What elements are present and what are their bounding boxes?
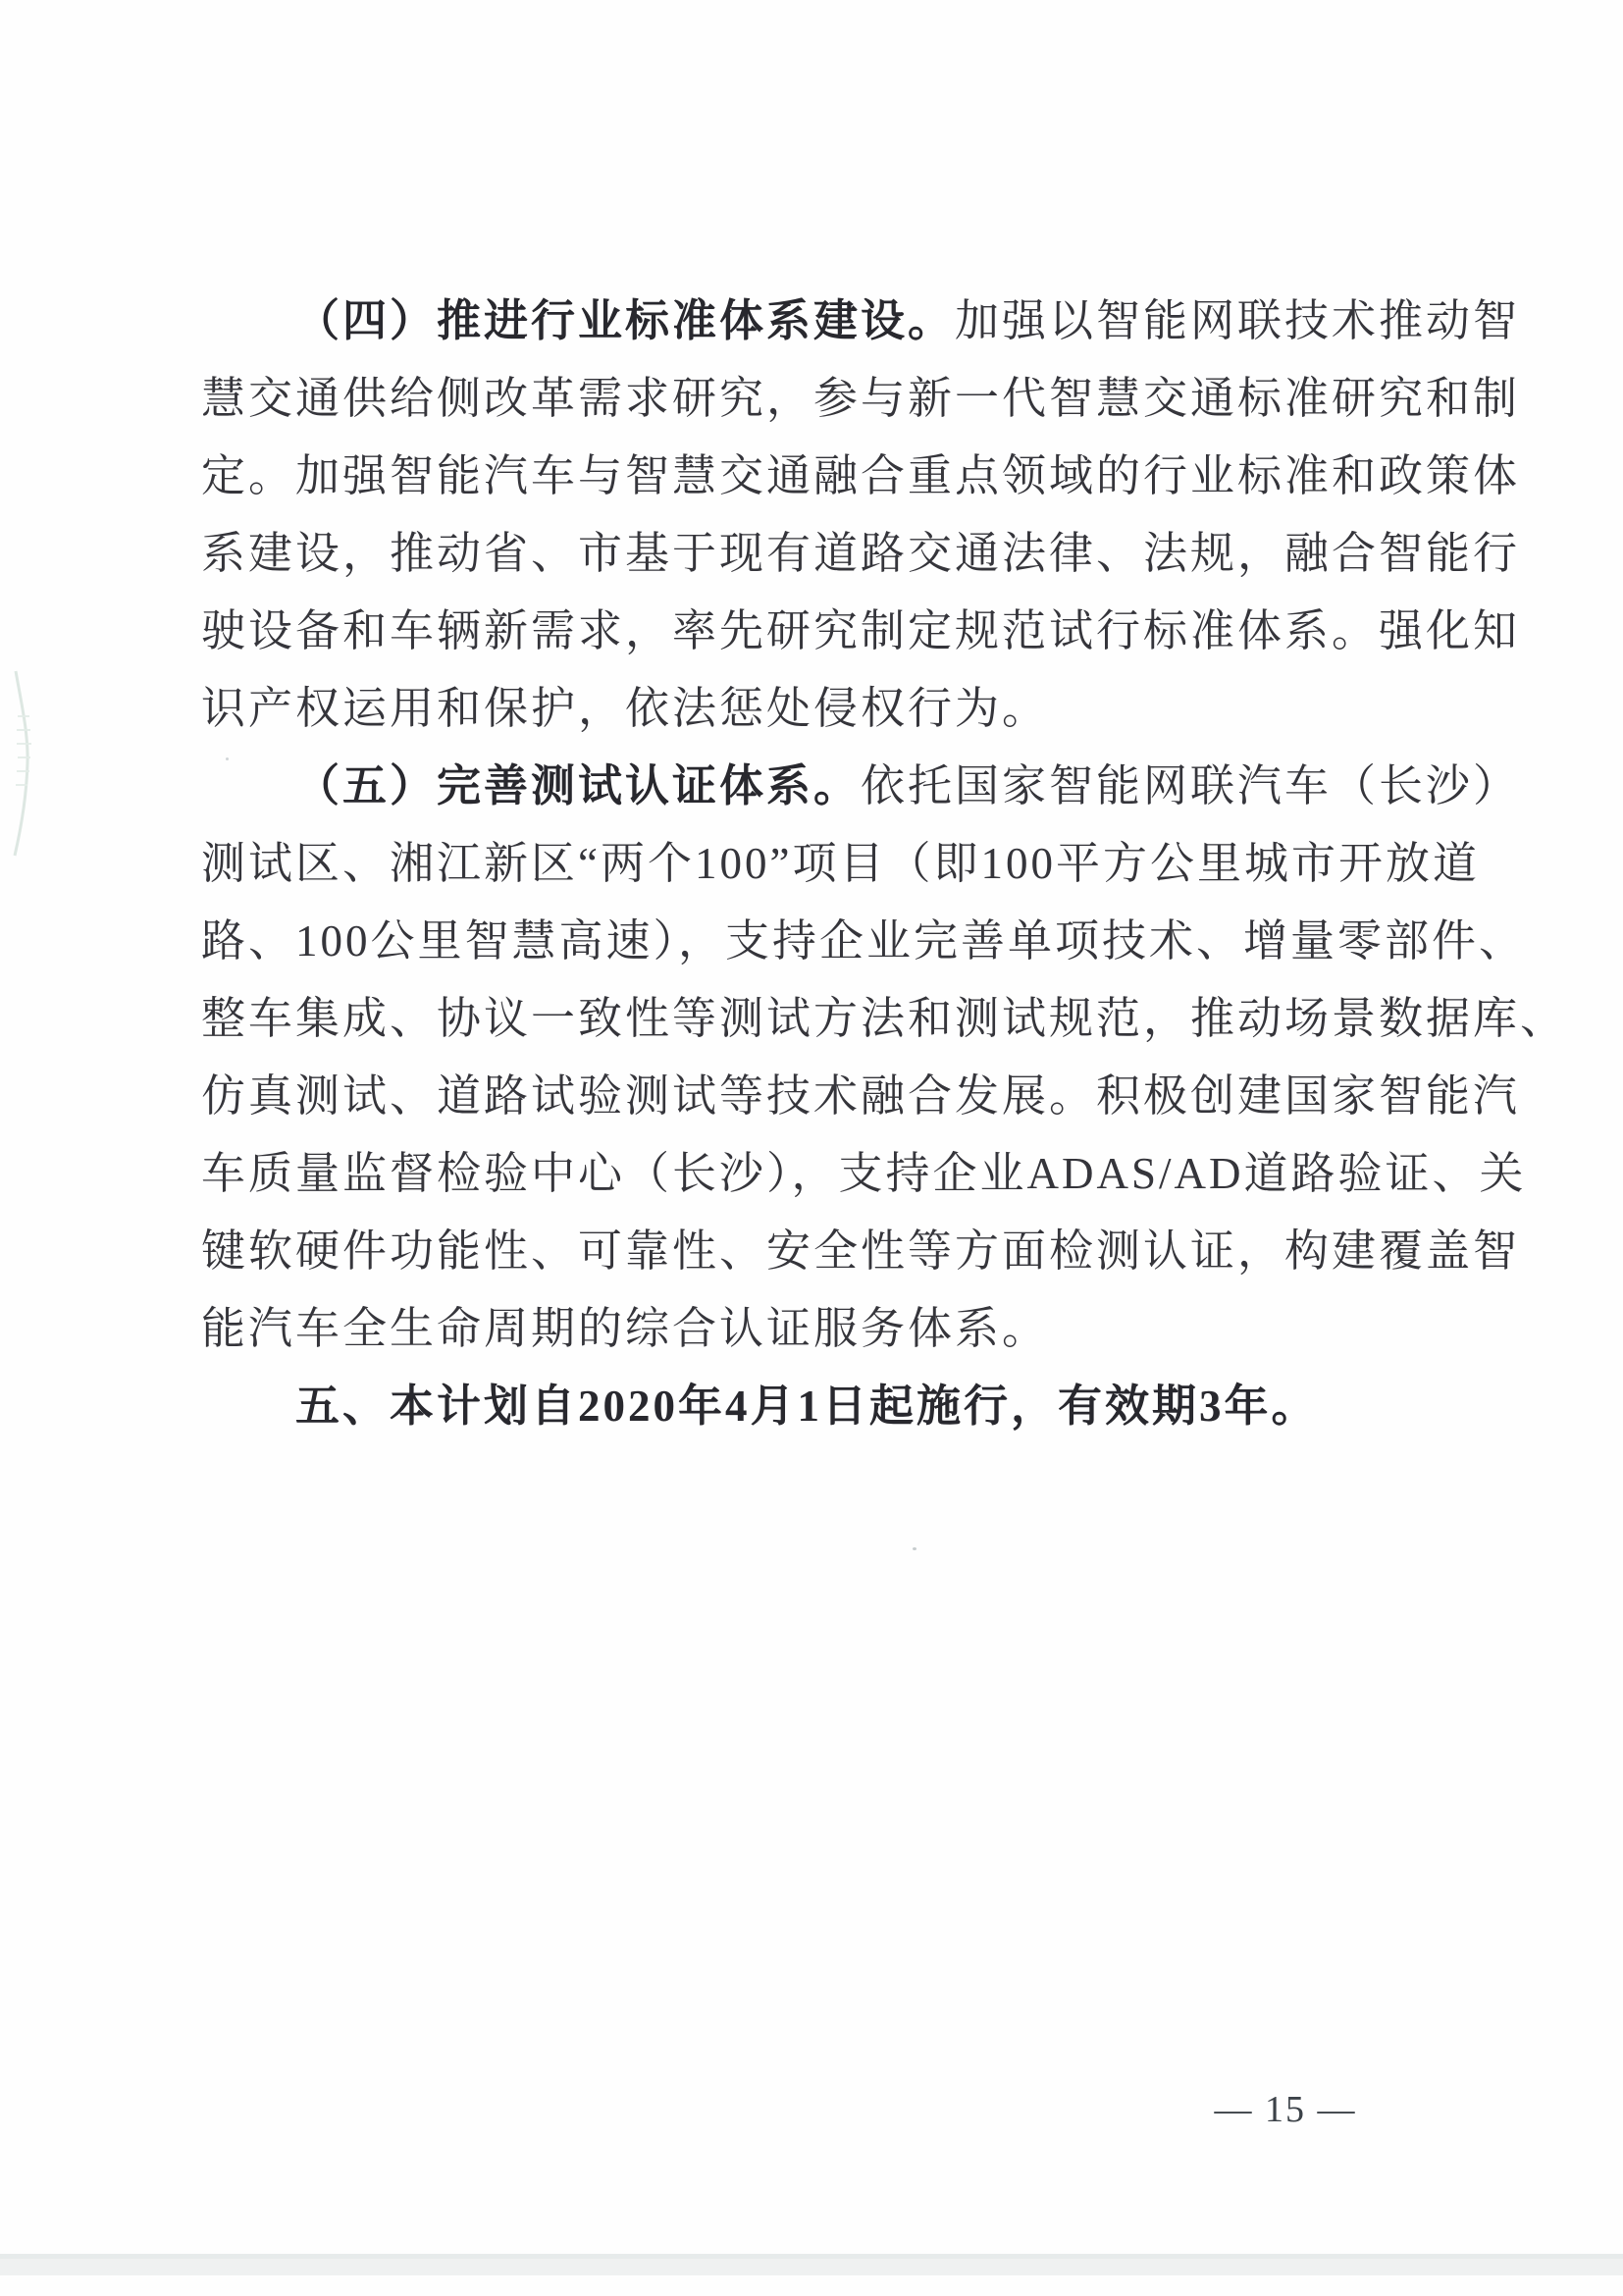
body-text: 定。加强智能汽车与智慧交通融合重点领域的行业标准和政策体 bbox=[201, 451, 1520, 500]
text-line: 驶设备和车辆新需求，率先研究制定规范试行标准体系。强化知 bbox=[201, 593, 1528, 670]
body-text: 能汽车全生命周期的综合认证服务体系。 bbox=[201, 1304, 1049, 1353]
text-line: 能汽车全生命周期的综合认证服务体系。 bbox=[201, 1290, 1528, 1368]
body-text: 整车集成、协议一致性等测试方法和测试规范，推动场景数据库、 bbox=[201, 994, 1567, 1043]
text-line: 测试区、湘江新区“两个100”项目（即100平方公里城市开放道 bbox=[201, 825, 1528, 903]
text-line: 路、100公里智慧高速），支持企业完善单项技术、增量零部件、 bbox=[201, 903, 1528, 980]
body-text: 慧交通供给侧改革需求研究，参与新一代智慧交通标准研究和制 bbox=[201, 374, 1520, 423]
text-line: 五、本计划自2020年4月1日起施行，有效期3年。 bbox=[201, 1368, 1528, 1445]
page-number: — 15 — bbox=[1168, 2088, 1403, 2131]
body-text: 车质量监督检验中心（长沙），支持企业ADAS/AD道路验证、关 bbox=[201, 1149, 1527, 1198]
scan-artifact-bottom-band bbox=[0, 2259, 1623, 2275]
body-text: 加强以智能网联技术推动智 bbox=[955, 296, 1520, 345]
text-line: 系建设，推动省、市基于现有道路交通法律、法规，融合智能行 bbox=[201, 515, 1528, 593]
body-text: 键软硬件功能性、可靠性、安全性等方面检测认证，构建覆盖智 bbox=[201, 1226, 1520, 1276]
text-line: 仿真测试、道路试验测试等技术融合发展。积极创建国家智能汽 bbox=[201, 1058, 1528, 1135]
text-line: 整车集成、协议一致性等测试方法和测试规范，推动场景数据库、 bbox=[201, 980, 1528, 1058]
document-page: （四）推进行业标准体系建设。加强以智能网联技术推动智 慧交通供给侧改革需求研究，… bbox=[0, 0, 1623, 2296]
text-line: 识产权运用和保护，依法惩处侵权行为。 bbox=[201, 670, 1528, 748]
section-heading: （五）完善测试认证体系。 bbox=[295, 761, 861, 810]
body-text: 依托国家智能网联汽车（长沙） bbox=[861, 761, 1520, 810]
body-text: 路、100公里智慧高速），支持企业完善单项技术、增量零部件、 bbox=[201, 916, 1526, 965]
scan-speck bbox=[913, 1547, 916, 1550]
closing-statement: 五、本计划自2020年4月1日起施行，有效期3年。 bbox=[295, 1382, 1319, 1431]
scan-artifact-left-edge bbox=[2, 665, 45, 861]
text-line: 键软硬件功能性、可靠性、安全性等方面检测认证，构建覆盖智 bbox=[201, 1213, 1528, 1290]
body-text: 识产权运用和保护，依法惩处侵权行为。 bbox=[201, 684, 1049, 733]
text-line: 车质量监督检验中心（长沙），支持企业ADAS/AD道路验证、关 bbox=[201, 1135, 1528, 1213]
body-text: 系建设，推动省、市基于现有道路交通法律、法规，融合智能行 bbox=[201, 529, 1520, 578]
body-text: 测试区、湘江新区“两个100”项目（即100平方公里城市开放道 bbox=[201, 839, 1480, 888]
text-line: （四）推进行业标准体系建设。加强以智能网联技术推动智 bbox=[201, 283, 1528, 360]
section-heading: （四）推进行业标准体系建设。 bbox=[295, 296, 955, 345]
document-body: （四）推进行业标准体系建设。加强以智能网联技术推动智 慧交通供给侧改革需求研究，… bbox=[201, 283, 1528, 1445]
text-line: 慧交通供给侧改革需求研究，参与新一代智慧交通标准研究和制 bbox=[201, 360, 1528, 438]
text-line: 定。加强智能汽车与智慧交通融合重点领域的行业标准和政策体 bbox=[201, 438, 1528, 515]
scan-speck bbox=[226, 757, 229, 760]
body-text: 仿真测试、道路试验测试等技术融合发展。积极创建国家智能汽 bbox=[201, 1071, 1520, 1121]
body-text: 驶设备和车辆新需求，率先研究制定规范试行标准体系。强化知 bbox=[201, 606, 1520, 655]
text-line: （五）完善测试认证体系。依托国家智能网联汽车（长沙） bbox=[201, 748, 1528, 825]
